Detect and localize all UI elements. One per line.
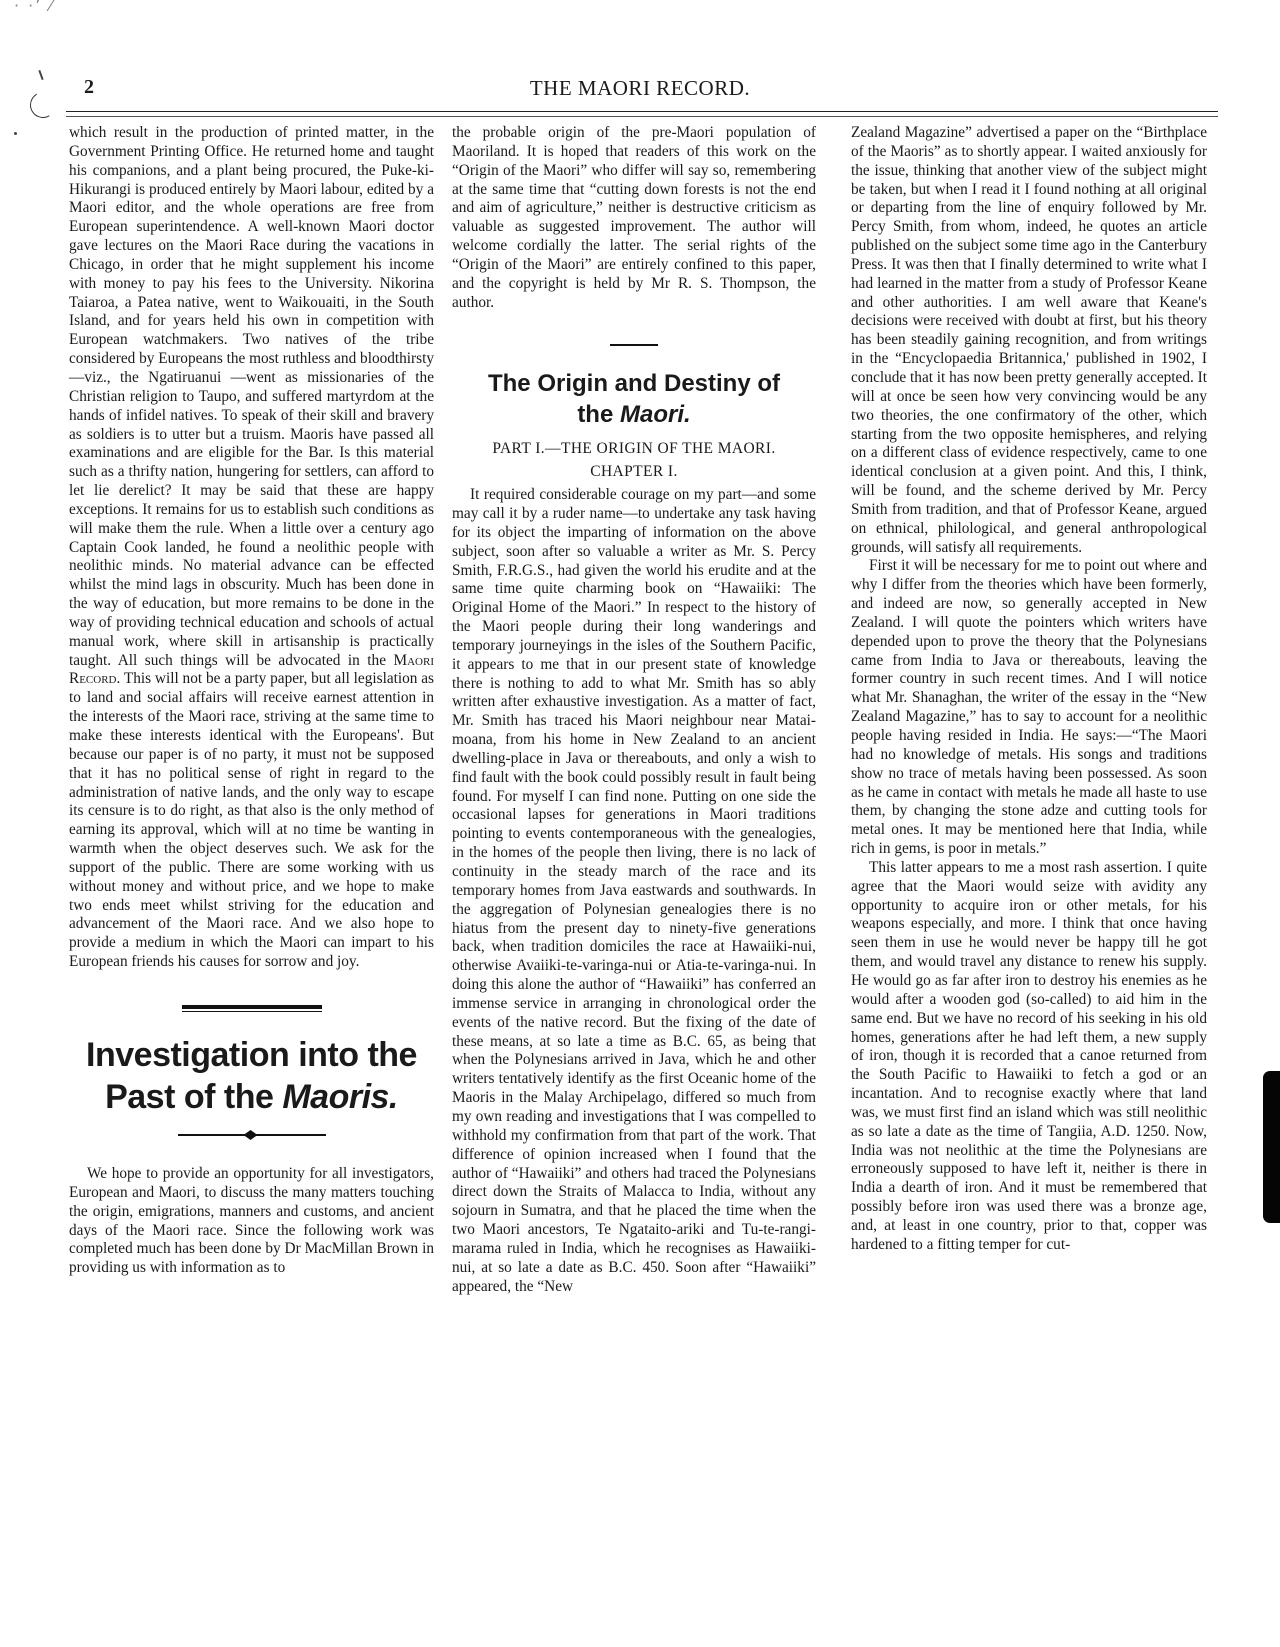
running-title: THE MAORI RECORD. — [0, 76, 1280, 101]
chapter-paragraph: It required considerable courage on my p… — [452, 486, 816, 1296]
article-heading-origin: The Origin and Destiny of the Maori. — [452, 368, 816, 430]
editorial-paragraph: which result in the production of printe… — [69, 124, 434, 972]
part-title: PART I.—THE ORIGIN OF THE MAORI. — [452, 440, 816, 459]
heading-line-1: Investigation into the — [69, 1034, 434, 1076]
paragraph-1: Zealand Magazine” advertised a paper on … — [851, 124, 1207, 557]
editorial-text: which result in the production of printe… — [69, 124, 434, 669]
column-3: Zealand Magazine” advertised a paper on … — [851, 124, 1207, 1255]
scan-edge-blot — [1263, 1071, 1280, 1223]
section-double-rule — [182, 1005, 322, 1012]
heading-line-2: the Maori. — [452, 399, 816, 430]
chapter-title: CHAPTER I. — [452, 463, 816, 482]
paragraph-2: First it will be necessary for me to poi… — [851, 557, 1207, 859]
heading-line-2-a: the — [577, 401, 620, 428]
heading-line-2: Past of the Maoris. — [69, 1076, 434, 1118]
heading-line-1: The Origin and Destiny of — [452, 368, 816, 399]
diamond-ornament-rule — [178, 1130, 326, 1140]
heading-line-2-b: Maori. — [620, 401, 691, 428]
editorial-text-continued: . This will not be a party paper, but al… — [69, 670, 434, 970]
column-2: the probable origin of the pre-Maori pop… — [452, 124, 816, 1296]
scan-artifact-dot — [14, 132, 17, 135]
article-heading-investigation: Investigation into the Past of the Maori… — [69, 1034, 434, 1118]
column-1: which result in the production of printe… — [69, 124, 434, 1278]
heading-line-2-a: Past of the — [105, 1078, 282, 1116]
investigation-paragraph: We hope to provide an opportunity for al… — [69, 1165, 434, 1278]
heading-line-2-b: Maoris. — [282, 1078, 398, 1116]
scan-artifact-top: · ·ʼ ⁄ — [14, 0, 54, 15]
continued-paragraph: the probable origin of the pre-Maori pop… — [452, 124, 816, 312]
paragraph-3: This latter appears to me a most rash as… — [851, 859, 1207, 1255]
header-double-rule — [66, 111, 1218, 117]
